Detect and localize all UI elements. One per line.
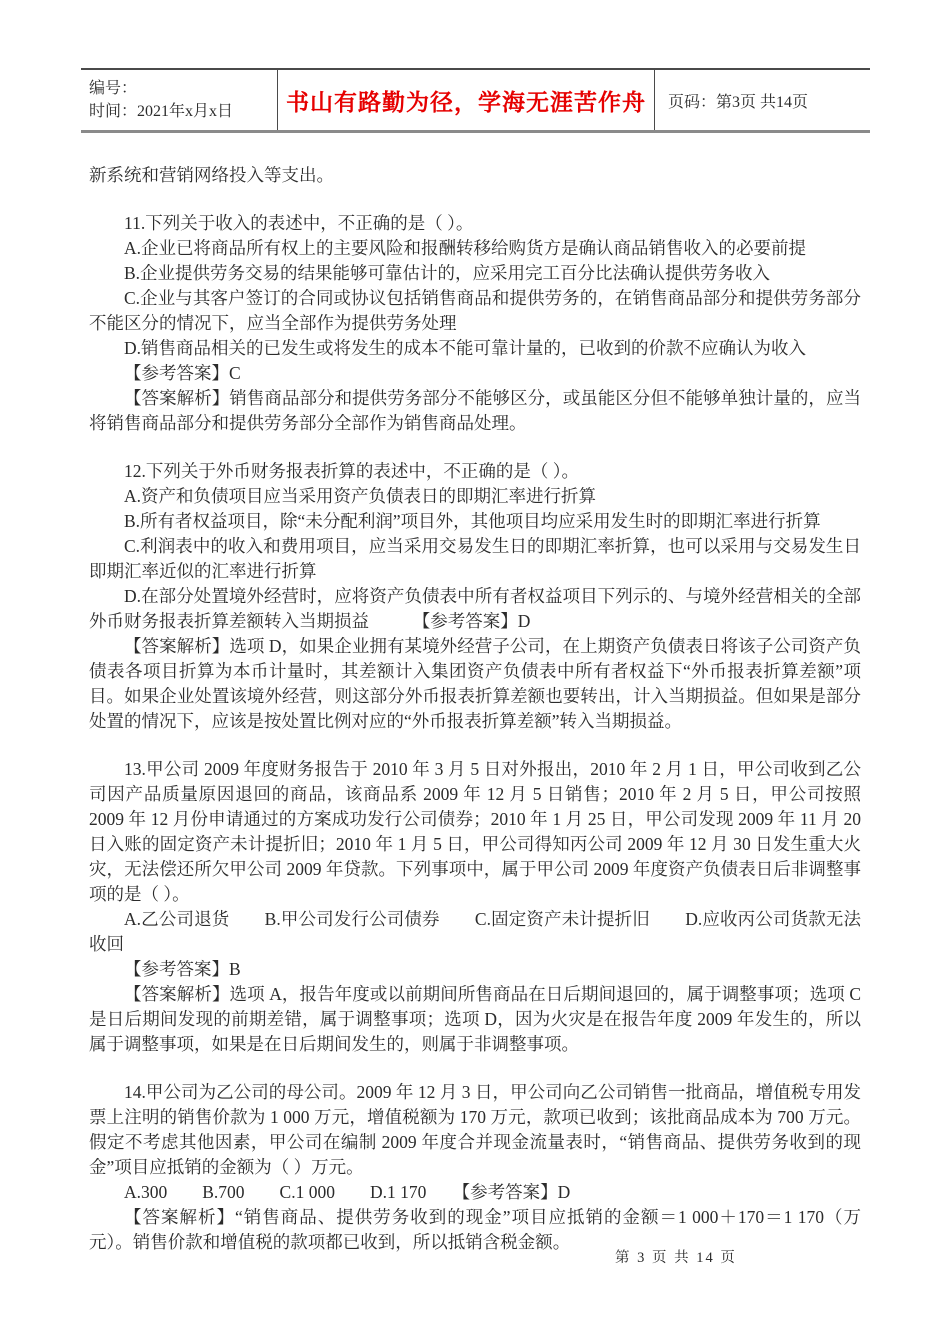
question-11-analysis: 【答案解析】销售商品部分和提供劳务部分不能够区分，或虽能区分但不能够单独计量的，… (89, 386, 861, 436)
question-12-option-a: A.资产和负债项目应当采用资产负债表日的即期汇率进行折算 (89, 484, 861, 509)
question-12-option-b: B.所有者权益项目，除“未分配利润”项目外，其他项目均应采用发生时的即期汇率进行… (89, 509, 861, 534)
question-12-stem: 12.下列关于外币财务报表折算的表述中，不正确的是（ ）。 (89, 459, 861, 484)
question-12-option-d-and-answer: D.在部分处置境外经营时，应将资产负债表中所有者权益项目下列示的、与境外经营相关… (89, 584, 861, 634)
question-12-analysis: 【答案解析】选项 D，如果企业拥有某境外经营子公司，在上期资产负债表日将该子公司… (89, 634, 861, 734)
document-page: 编号： 时间：2021年x月x日 书山有路勤为径，学海无涯苦作舟 页码：第3页 … (0, 0, 950, 1344)
header-page-cell: 页码：第3页 共14页 (655, 70, 870, 130)
header-table: 编号： 时间：2021年x月x日 书山有路勤为径，学海无涯苦作舟 页码：第3页 … (81, 68, 870, 133)
question-13-analysis: 【答案解析】选项 A，报告年度或以前期间所售商品在日后期间退回的，属于调整事项；… (89, 982, 861, 1057)
question-11-option-c: C.企业与其客户签订的合同或协议包括销售商品和提供劳务的，在销售商品部分和提供劳… (89, 286, 861, 336)
header-motto-cell: 书山有路勤为径，学海无涯苦作舟 (278, 70, 655, 130)
question-13-answer: 【参考答案】B (89, 957, 861, 982)
footer-page-info: 第 3 页 共 14 页 (615, 1246, 737, 1267)
question-13-stem: 13.甲公司 2009 年度财务报告于 2010 年 3 月 5 日对外报出，2… (89, 757, 861, 907)
document-number-label: 编号： (89, 77, 277, 100)
question-14-options-and-answer: A.300 B.700 C.1 000 D.1 170 【参考答案】D (89, 1180, 861, 1205)
question-12-option-c: C.利润表中的收入和费用项目，应当采用交易发生日的即期汇率折算，也可以采用与交易… (89, 534, 861, 584)
page-number-label: 页码：第3页 共14页 (668, 89, 808, 112)
question-11-answer: 【参考答案】C (89, 361, 861, 386)
question-14-stem: 14.甲公司为乙公司的母公司。2009 年 12 月 3 日，甲公司向乙公司销售… (89, 1080, 861, 1180)
question-13-options: A.乙公司退货 B.甲公司发行公司债券 C.固定资产未计提折旧 D.应收丙公司货… (89, 907, 861, 957)
document-body: 新系统和营销网络投入等支出。 11.下列关于收入的表述中，不正确的是（ ）。 A… (89, 163, 861, 1255)
header-meta-cell: 编号： 时间：2021年x月x日 (81, 70, 278, 130)
question-14-analysis: 【答案解析】“销售商品、提供劳务收到的现金”项目应抵销的金额＝1 000＋170… (89, 1205, 861, 1255)
question-11-option-d: D.销售商品相关的已发生或将发生的成本不能可靠计量的，已收到的价款不应确认为收入 (89, 336, 861, 361)
motto-text: 书山有路勤为径，学海无涯苦作舟 (286, 84, 646, 117)
question-11-stem: 11.下列关于收入的表述中，不正确的是（ ）。 (89, 211, 861, 236)
question-11-option-b: B.企业提供劳务交易的结果能够可靠估计的，应采用完工百分比法确认提供劳务收入 (89, 261, 861, 286)
question-11-option-a: A.企业已将商品所有权上的主要风险和报酬转移给购货方是确认商品销售收入的必要前提 (89, 236, 861, 261)
intro-paragraph: 新系统和营销网络投入等支出。 (89, 163, 861, 188)
document-date-label: 时间：2021年x月x日 (89, 100, 277, 123)
